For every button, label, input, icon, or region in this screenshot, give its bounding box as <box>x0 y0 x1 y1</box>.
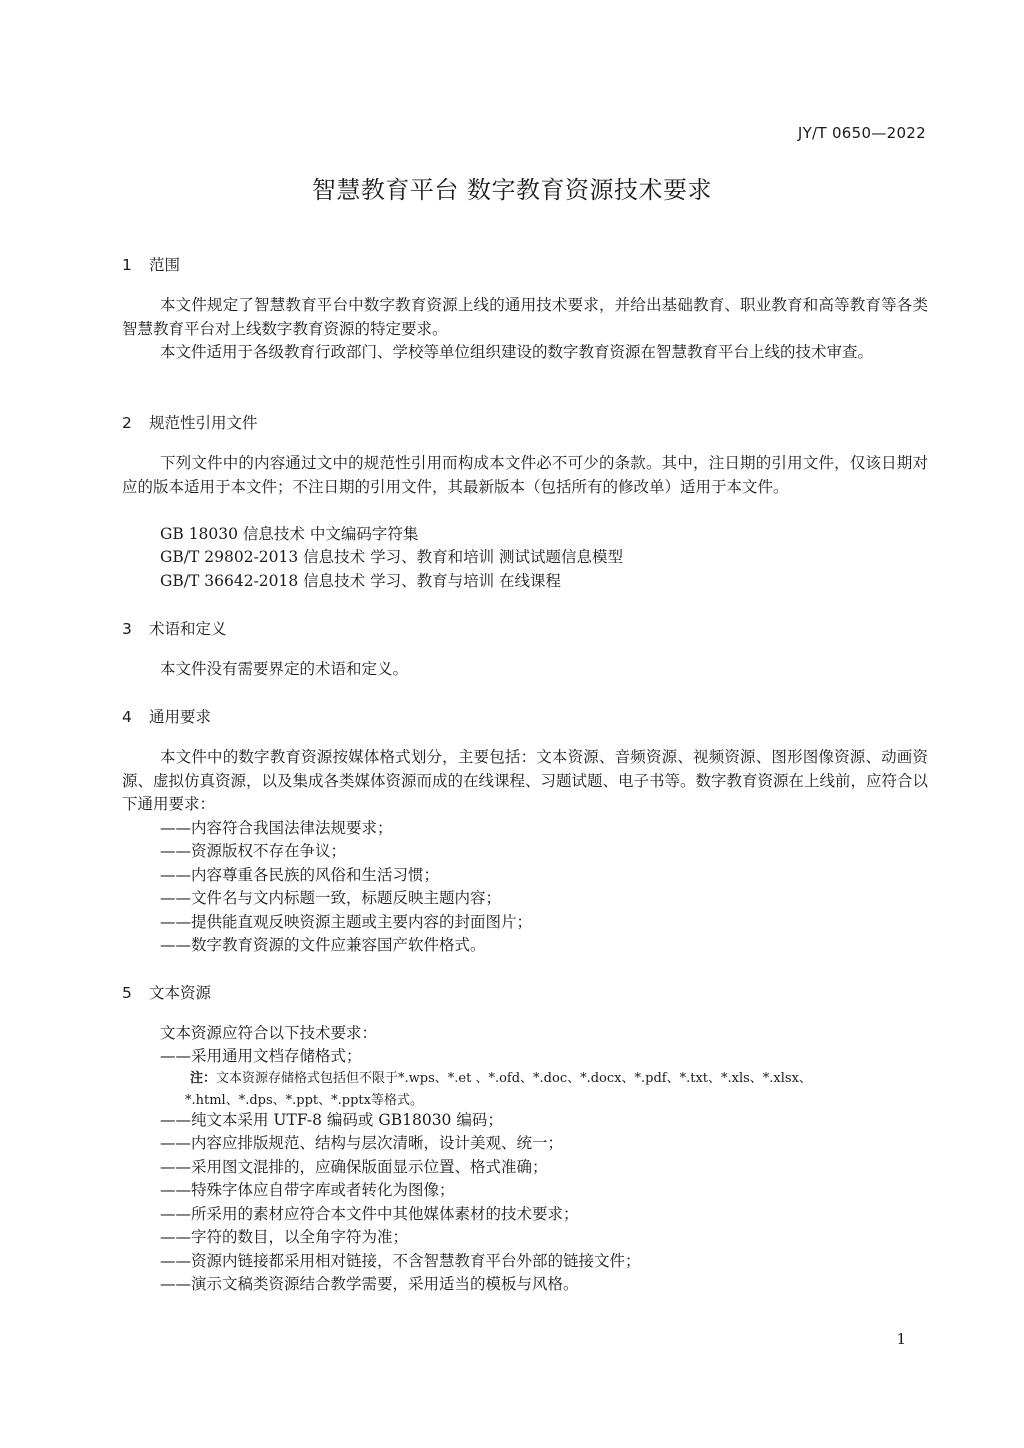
list-item: ——内容应排版规范、结构与层次清晰，设计美观、统一； <box>160 1132 563 1156</box>
list-item: ——资源版权不存在争议； <box>160 840 346 864</box>
section-heading-2: 2规范性引用文件 <box>122 411 258 433</box>
paragraph: 本文件适用于各级教育行政部门、学校等单位组织建设的数字教育资源在智慧教育平台上线… <box>122 341 928 365</box>
paragraph: 本文件没有需要界定的术语和定义。 <box>122 658 928 682</box>
reference-item: GB 18030 信息技术 中文编码字符集 <box>160 523 418 547</box>
page-title: 智慧教育平台 数字教育资源技术要求 <box>0 170 1024 205</box>
section-heading-3: 3术语和定义 <box>122 617 227 639</box>
note-label: 注： <box>190 1071 216 1086</box>
section-number: 1 <box>122 256 149 274</box>
paragraph: 下列文件中的内容通过文中的规范性引用而构成本文件必不可少的条款。其中，注日期的引… <box>122 452 928 499</box>
list-item: ——文件名与文内标题一致，标题反映主题内容； <box>160 887 501 911</box>
paragraph: 本文件中的数字教育资源按媒体格式划分，主要包括：文本资源、音频资源、视频资源、图… <box>122 746 928 817</box>
section-title: 术语和定义 <box>149 620 227 638</box>
section-heading-1: 1范围 <box>122 253 180 275</box>
note-text: 文本资源存储格式包括但不限于*.wps、*.et 、*.ofd、*.doc、*.… <box>216 1071 812 1086</box>
note: 注：文本资源存储格式包括但不限于*.wps、*.et 、*.ofd、*.doc、… <box>190 1068 930 1090</box>
list-item: ——采用通用文档存储格式； <box>160 1045 362 1069</box>
page-number: 1 <box>896 1330 906 1348</box>
section-title: 通用要求 <box>149 708 211 726</box>
list-item: ——采用图文混排的，应确保版面显示位置、格式准确； <box>160 1156 548 1180</box>
list-item: ——提供能直观反映资源主题或主要内容的封面图片； <box>160 911 532 935</box>
list-item: ——资源内链接都采用相对链接，不含智慧教育平台外部的链接文件； <box>160 1250 641 1274</box>
reference-item: GB/T 29802-2013 信息技术 学习、教育和培训 测试试题信息模型 <box>160 546 623 570</box>
section-heading-5: 5文本资源 <box>122 981 211 1003</box>
section-number: 3 <box>122 620 149 638</box>
list-item: ——演示文稿类资源结合教学需要，采用适当的模板与风格。 <box>160 1273 579 1297</box>
list-item: ——内容尊重各民族的风俗和生活习惯； <box>160 864 439 888</box>
section-intro: 文本资源应符合以下技术要求： <box>160 1022 377 1046</box>
paragraph: 本文件规定了智慧教育平台中数字教育资源上线的通用技术要求，并给出基础教育、职业教… <box>122 294 928 341</box>
list-item: ——数字教育资源的文件应兼容国产软件格式。 <box>160 934 486 958</box>
section-number: 4 <box>122 708 149 726</box>
list-item: ——特殊字体应自带字库或者转化为图像； <box>160 1179 455 1203</box>
list-item: ——字符的数目，以全角字符为准； <box>160 1226 408 1250</box>
document-code: JY/T 0650—2022 <box>798 124 926 142</box>
section-number: 5 <box>122 984 149 1002</box>
list-item: ——内容符合我国法律法规要求； <box>160 817 393 841</box>
section-title: 范围 <box>149 256 180 274</box>
reference-item: GB/T 36642-2018 信息技术 学习、教育与培训 在线课程 <box>160 570 561 594</box>
section-heading-4: 4通用要求 <box>122 705 211 727</box>
list-item: ——所采用的素材应符合本文件中其他媒体素材的技术要求； <box>160 1203 579 1227</box>
list-item: ——纯文本采用 UTF-8 编码或 GB18030 编码； <box>160 1109 503 1133</box>
section-title: 规范性引用文件 <box>149 414 258 432</box>
section-title: 文本资源 <box>149 984 211 1002</box>
section-number: 2 <box>122 414 149 432</box>
